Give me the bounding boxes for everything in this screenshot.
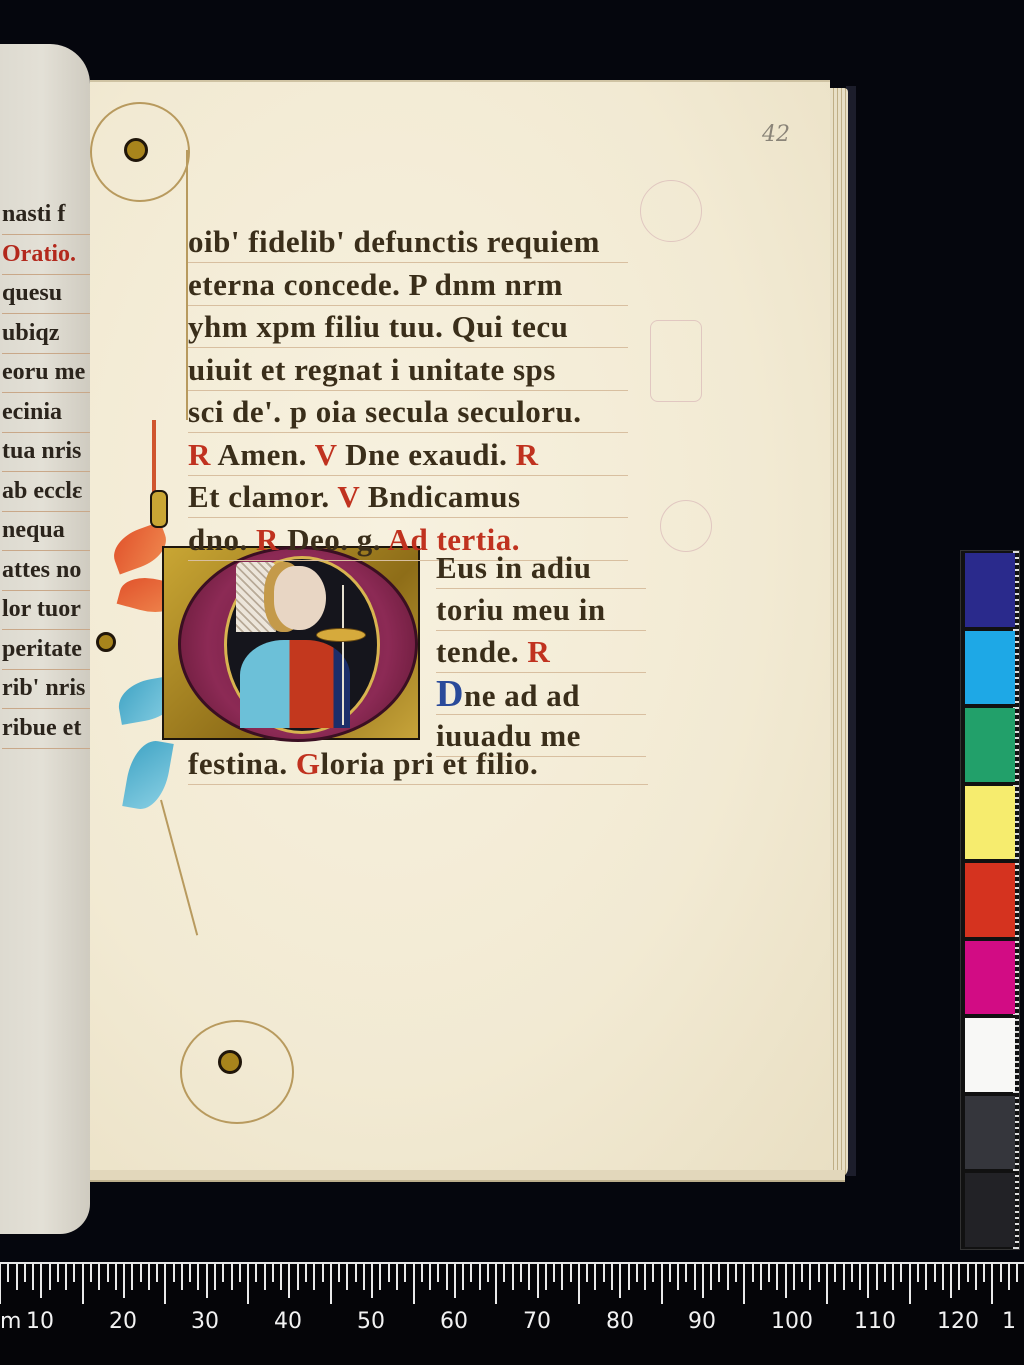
ruler-tick <box>636 1264 638 1282</box>
ink-text: Deo. g. <box>287 522 387 557</box>
verso-page: nasti fOratio.quesuubiqzeoru meeciniatua… <box>0 44 90 1234</box>
ruler-tick <box>876 1264 878 1290</box>
gold-boss-middle-icon <box>96 632 116 652</box>
ruler-tick <box>239 1264 241 1282</box>
ruler-tick <box>727 1264 729 1290</box>
verso-text-line: attes no <box>2 550 92 591</box>
ruler-tick <box>206 1264 208 1298</box>
ruler-tick <box>231 1264 233 1290</box>
ruler-tick <box>900 1264 902 1282</box>
color-swatch-white <box>965 1018 1015 1092</box>
ruler-label: 80 <box>606 1309 634 1334</box>
ruler-tick <box>446 1264 448 1290</box>
manuscript-line: Dne ad ad <box>436 674 646 715</box>
ruler-tick <box>65 1264 67 1290</box>
manuscript-line: uiuit et regnat i unitate sps <box>188 350 628 391</box>
ruler-tick <box>98 1264 100 1290</box>
ruler-tick <box>322 1264 324 1282</box>
show-through-sketch <box>660 500 712 552</box>
folio-number: 42 <box>762 122 790 147</box>
rubric-text: V <box>315 437 346 472</box>
ruler-tick <box>983 1264 985 1282</box>
ruler-tick <box>512 1264 514 1290</box>
color-swatch-black <box>965 1173 1015 1247</box>
ink-text: uiuit et regnat i unitate sps <box>188 352 556 387</box>
verso-text-line: ab ecclε <box>2 471 92 512</box>
manuscript-line: Et clamor. V Bndicamus <box>188 477 628 518</box>
ruler-tick <box>421 1264 423 1282</box>
ruler-label: 50 <box>357 1309 385 1334</box>
show-through-sketch <box>640 180 702 242</box>
ruler-tick <box>181 1264 183 1290</box>
ruler-tick <box>561 1264 563 1290</box>
ruler-tick <box>346 1264 348 1290</box>
manuscript-line: eterna concede. P dnm nrm <box>188 265 628 306</box>
rubric-text: R <box>516 437 539 472</box>
ruler-tick <box>826 1264 828 1304</box>
manuscript-line: yhm xpm filiu tuu. Qui tecu <box>188 307 628 348</box>
ruler-label: 30 <box>191 1309 219 1334</box>
ruler-tick <box>958 1264 960 1290</box>
ruler-tick <box>677 1264 679 1290</box>
ink-text: festina. <box>188 746 296 781</box>
ruler-tick <box>578 1264 580 1304</box>
ruler-tick <box>760 1264 762 1290</box>
gold-bud <box>150 490 168 528</box>
ruler-tick <box>619 1264 621 1298</box>
ruler-tick <box>313 1264 315 1290</box>
ruler-tick <box>164 1264 166 1304</box>
ruler-tick <box>743 1264 745 1304</box>
ink-text: Bndicamus <box>368 479 521 514</box>
ruler-tick <box>371 1264 373 1298</box>
ruler-tick <box>123 1264 125 1298</box>
ruler-tick <box>1016 1264 1018 1282</box>
ruler-tick <box>404 1264 406 1282</box>
ruler-tick <box>834 1264 836 1282</box>
verso-text-line: nasti f <box>2 194 92 235</box>
ruler-tick <box>40 1264 42 1298</box>
ruler-tick <box>479 1264 481 1290</box>
ruler-tick <box>652 1264 654 1282</box>
ruler-tick <box>197 1264 199 1290</box>
ruler-tick <box>90 1264 92 1282</box>
verso-text-line: ubiqz <box>2 313 92 354</box>
ruler-tick <box>785 1264 787 1298</box>
ruler-tick <box>413 1264 415 1304</box>
ruler-tick <box>214 1264 216 1290</box>
ruler-tick <box>437 1264 439 1282</box>
ruler-tick <box>752 1264 754 1282</box>
ruler-label: 120 <box>937 1309 979 1334</box>
manuscript-line: tende. R <box>436 632 646 673</box>
ruler-label: 100 <box>771 1309 813 1334</box>
ruler-tick <box>57 1264 59 1282</box>
ruler-tick <box>818 1264 820 1282</box>
manuscript-line: sci de'. p oia secula seculoru. <box>188 392 628 433</box>
ruler-tick <box>892 1264 894 1290</box>
figure-staff <box>342 585 344 725</box>
ruler-tick <box>644 1264 646 1290</box>
figure-head <box>274 566 326 630</box>
ruler-tick <box>148 1264 150 1290</box>
ruler-tick <box>24 1264 26 1282</box>
manuscript-line: R Amen. V Dne exaudi. R <box>188 435 628 476</box>
gold-boss-top-icon <box>124 138 148 162</box>
measurement-ruler: 1020304050607080901001101201m <box>0 1262 1024 1365</box>
ruler-tick <box>950 1264 952 1298</box>
ruler-tick <box>330 1264 332 1304</box>
color-swatch-blue <box>965 553 1015 627</box>
ruler-tick <box>776 1264 778 1290</box>
ruler-tick <box>388 1264 390 1282</box>
ruler-tick <box>454 1264 456 1298</box>
rubric-text: R <box>188 437 217 472</box>
verso-text-line: Oratio. <box>2 234 92 275</box>
ink-text: ne ad ad <box>464 678 580 713</box>
verso-text-line: eoru me <box>2 352 92 393</box>
ink-text: Eus in adiu <box>436 550 591 585</box>
ruler-label: 90 <box>688 1309 716 1334</box>
ruler-tick <box>694 1264 696 1290</box>
ruler-tick <box>925 1264 927 1290</box>
ruler-tick <box>793 1264 795 1290</box>
ruler-label: 20 <box>109 1309 137 1334</box>
color-swatch-red <box>965 863 1015 937</box>
ruler-tick <box>718 1264 720 1282</box>
ruler-label: 10 <box>26 1309 54 1334</box>
ruler-tick <box>768 1264 770 1282</box>
ruler-tick <box>685 1264 687 1282</box>
ruler-tick <box>1008 1264 1010 1290</box>
ruler-tick <box>843 1264 845 1290</box>
ruler-tick <box>934 1264 936 1282</box>
ink-text: toriu meu in <box>436 592 606 627</box>
ink-text: Amen. <box>217 437 314 472</box>
ruler-tick <box>884 1264 886 1282</box>
verso-text-line: ecinia <box>2 392 92 433</box>
ruler-tick <box>247 1264 249 1304</box>
gold-boss-bottom-icon <box>218 1050 242 1074</box>
ruler-tick <box>603 1264 605 1282</box>
ruler-tick <box>967 1264 969 1282</box>
ruler-tick <box>462 1264 464 1290</box>
ruler-tick <box>82 1264 84 1304</box>
ruler-tick <box>661 1264 663 1304</box>
ruler-tick <box>628 1264 630 1290</box>
ruler-label: 110 <box>854 1309 896 1334</box>
ruler-tick <box>140 1264 142 1282</box>
ruler-tick <box>801 1264 803 1282</box>
rubric-text: V <box>337 479 368 514</box>
color-swatch-magenta <box>965 941 1015 1015</box>
verso-text-line: peritate <box>2 629 92 670</box>
page-bottom-edge <box>90 1170 845 1182</box>
ruler-tick <box>470 1264 472 1282</box>
rubric-text: G <box>296 746 321 781</box>
ruler-tick <box>991 1264 993 1304</box>
ruler-tick <box>735 1264 737 1282</box>
ruler-tick <box>710 1264 712 1290</box>
ruler-tick <box>280 1264 282 1290</box>
color-swatch-yellow <box>965 786 1015 860</box>
ink-text: yhm xpm filiu tuu. Qui tecu <box>188 309 568 344</box>
ruler-tick <box>917 1264 919 1282</box>
ruler-tick <box>570 1264 572 1282</box>
catherine-wheel-icon <box>316 628 366 642</box>
ruler-tick <box>49 1264 51 1290</box>
verso-text-line: rib' nris <box>2 668 92 709</box>
color-swatch-green <box>965 708 1015 782</box>
ruler-tick <box>702 1264 704 1298</box>
ruler-tick <box>338 1264 340 1282</box>
ruler-tick <box>255 1264 257 1282</box>
ruler-tick <box>528 1264 530 1290</box>
manuscript-line: festina. Gloria pri et filio. <box>188 744 648 785</box>
ruler-tick <box>594 1264 596 1290</box>
ruler-tick <box>272 1264 274 1282</box>
verso-text-line: quesu <box>2 273 92 314</box>
ruler-tick <box>975 1264 977 1290</box>
rubric-text: R <box>256 522 287 557</box>
ruler-tick <box>32 1264 34 1290</box>
manuscript-line: toriu meu in <box>436 590 646 631</box>
verso-text-line: lor tuor <box>2 589 92 630</box>
ruler-tick <box>429 1264 431 1290</box>
ink-text: sci de'. p oia secula seculoru. <box>188 394 582 429</box>
ruler-tick <box>131 1264 133 1290</box>
ruler-tick <box>851 1264 853 1282</box>
ruler-tick <box>537 1264 539 1298</box>
manuscript-line: Eus in adiu <box>436 548 646 589</box>
ruler-tick <box>669 1264 671 1282</box>
ruler-label: 1 <box>1002 1309 1016 1334</box>
ruler-tick <box>495 1264 497 1304</box>
ink-text: oib' fidelib' defunctis requiem <box>188 224 600 259</box>
verso-text-line: nequa <box>2 510 92 551</box>
ruler-tick <box>1000 1264 1002 1282</box>
ink-text: Dne exaudi. <box>345 437 516 472</box>
ruler-tick <box>859 1264 861 1290</box>
ruler-tick <box>396 1264 398 1290</box>
ink-text: Et clamor. <box>188 479 337 514</box>
ruler-tick <box>7 1264 9 1282</box>
ruler-tick <box>520 1264 522 1282</box>
ruler-unit-label: m <box>0 1309 21 1334</box>
verso-text-line: ribue et <box>2 708 92 749</box>
ruler-tick <box>73 1264 75 1282</box>
ruler-label: 40 <box>274 1309 302 1334</box>
ruler-tick <box>909 1264 911 1304</box>
ruler-tick <box>173 1264 175 1282</box>
ink-text: loria pri et filio. <box>320 746 538 781</box>
ink-text: eterna concede. P dnm nrm <box>188 267 563 302</box>
ruler-tick <box>379 1264 381 1290</box>
ruler-tick <box>156 1264 158 1282</box>
rubric-text: R <box>527 634 550 669</box>
ruler-tick <box>487 1264 489 1282</box>
color-calibration-chart <box>960 550 1020 1250</box>
ruler-tick <box>363 1264 365 1290</box>
ruler-tick <box>611 1264 613 1290</box>
figure-robe <box>240 640 350 728</box>
ruler-tick <box>553 1264 555 1282</box>
ruler-tick <box>16 1264 18 1290</box>
ruler-tick <box>586 1264 588 1282</box>
ruler-label: 70 <box>523 1309 551 1334</box>
ruler-tick <box>115 1264 117 1290</box>
ruler-tick <box>355 1264 357 1282</box>
color-swatch-cyan <box>965 631 1015 705</box>
ruler-tick <box>545 1264 547 1290</box>
ink-text: dno. <box>188 522 256 557</box>
ruler-tick <box>503 1264 505 1282</box>
ruler-label: 60 <box>440 1309 468 1334</box>
ruler-tick <box>297 1264 299 1290</box>
ruler-tick <box>942 1264 944 1290</box>
ruler-tick <box>189 1264 191 1282</box>
ruler-tick <box>107 1264 109 1282</box>
manuscript-line: oib' fidelib' defunctis requiem <box>188 222 628 263</box>
ruler-tick <box>222 1264 224 1282</box>
ruler-tick <box>305 1264 307 1282</box>
ruler-tick <box>0 1264 1 1304</box>
blue-initial: D <box>436 673 464 715</box>
ink-text: tende. <box>436 634 527 669</box>
verso-text-line: tua nris <box>2 431 92 472</box>
ruler-tick <box>288 1264 290 1298</box>
pen-flourish-bottom <box>180 1020 294 1124</box>
show-through-sketch <box>650 320 702 402</box>
ruler-tick <box>809 1264 811 1290</box>
ruler-tick <box>264 1264 266 1290</box>
ruler-tick <box>867 1264 869 1298</box>
color-swatch-dark-gray <box>965 1096 1015 1170</box>
